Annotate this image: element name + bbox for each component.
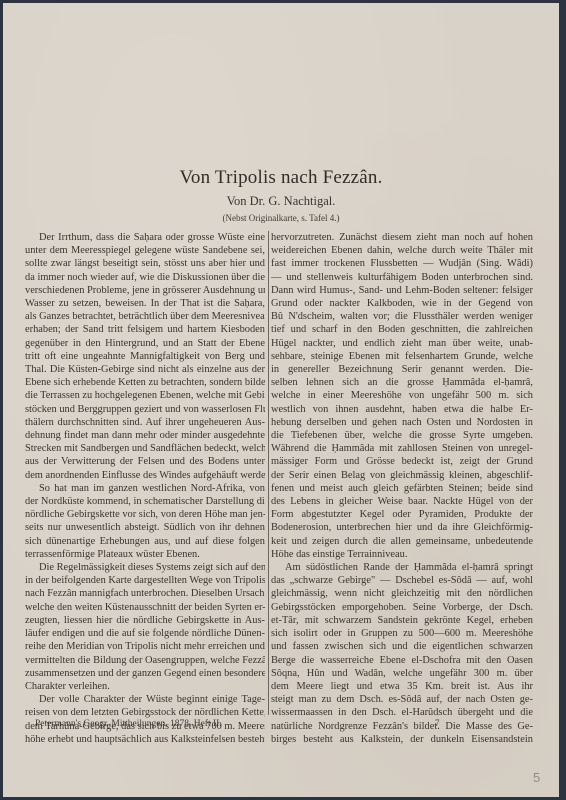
text-line: So hat man im ganzen westlichen Nord-Afr… [25, 482, 265, 495]
text-line: keit und zeigen durch die allen gemeinsa… [271, 535, 533, 548]
text-line: Form abgestutzter Kegel oder Pyramiden, … [271, 508, 533, 521]
text-line: seits nur unwesentlich absteigt. Südlich… [25, 521, 265, 534]
text-line: Gebirgsstöcken emporgehoben. Seine Vorbe… [271, 601, 533, 614]
text-line: Hügel nackter, und endlich zieht man übe… [271, 337, 533, 350]
text-line: Berge die wasserreiche Ebene el-Dschofra… [271, 654, 533, 667]
text-line: das „schwarze Gebirge" — Dschebel es-Sôd… [271, 574, 533, 587]
text-line: thälern durchschnitten sind. Auf ihrer u… [25, 416, 265, 429]
text-line: Während die Ḥammâda mit zahllosen Steine… [271, 442, 533, 455]
text-line: Grund oder nackter Kalkboden, wie in der… [271, 297, 533, 310]
text-line: reihe den Meridian von Tripolis nicht me… [25, 640, 265, 653]
text-line: welche den weiten Küstenausschnitt der b… [25, 601, 265, 614]
text-line: als Ganzes betrachtet, beträchtlich über… [25, 310, 265, 323]
column-divider [268, 231, 269, 715]
text-line: in genereller Bezeichnung Serir genannt … [271, 363, 533, 376]
text-line: erhaben; der Sand tritt felsigem und har… [25, 323, 265, 336]
text-line: höhe erhebt und hauptsächlich aus Kalkst… [25, 733, 265, 746]
text-line: Wasser zu setzen, beweisen. In der That … [25, 297, 265, 310]
text-line: Der Irrthum, dass die Saḥara oder grosse… [25, 231, 265, 244]
text-line: läufer endigen und die auf sie folgende … [25, 627, 265, 640]
text-line: nach Fezzân mannigfach unterbrochen. Die… [25, 587, 265, 600]
document-page: Von Tripolis nach Fezzân. Von Dr. G. Nac… [3, 3, 559, 797]
text-line: sich isolirt oder in Gruppen zu 500—600 … [271, 627, 533, 640]
text-line: birges besteht aus Kalkstein, der dunkel… [271, 733, 533, 746]
text-line: stöcken und Berggruppen geziert und von … [25, 403, 265, 416]
text-line: wissermaassen in den Dsch. el-Harûdsch ü… [271, 706, 533, 719]
text-line: tritt oft eine ungeahnte Mannigfaltigkei… [25, 350, 265, 363]
text-line: Dann wird Humus-, Sand- und Lehm-Boden s… [271, 284, 533, 297]
text-line: Der volle Charakter der Wüste beginnt ei… [25, 693, 265, 706]
journal-footer: Petermann's Geogr. Mittheilungen. 1878, … [35, 719, 222, 729]
text-line: und fassen zwischen sich und die eigentl… [271, 640, 533, 653]
text-line: Strecken mit Sandbergen und Sandflächen … [25, 442, 265, 455]
text-line: Bodenerosion, unterbrechen hier und da i… [271, 521, 533, 534]
text-line: vermittelten die Bildung der Oasengruppe… [25, 654, 265, 667]
text-line: sehbare, steinige Ebenen mit felsenharte… [271, 350, 533, 363]
article-title: Von Tripolis nach Fezzân. [3, 167, 559, 189]
text-line: zeugten, liessen hier die nördliche Gebi… [25, 614, 265, 627]
text-line: Charakter verleihen. [25, 680, 265, 693]
text-line: westlich von ihnen ausdehnt, haben etwa … [271, 403, 533, 416]
text-line: welche in einer Meereshöhe von ungefähr … [271, 389, 533, 402]
text-line: die Terrassen zu hochgelegenen Ebenen, w… [25, 389, 265, 402]
text-line: der Nordküste kommend, in schematischer … [25, 495, 265, 508]
text-line: nördliche Gebirgskette vor sich, von der… [25, 508, 265, 521]
text-line: sich dünenartige Erhebungen aus, und auf… [25, 535, 265, 548]
text-line: der Serir einen Belag von gleichmässig k… [271, 469, 533, 482]
text-line: dehnung findet man dann mehr oder minder… [25, 429, 265, 442]
text-line: mässiger Form und Grösse bedeckt ist, ze… [271, 455, 533, 468]
text-line: terrassenförmige Plateaux wüster Ebenen. [25, 548, 265, 561]
text-line: — und stellenweis kulturfähigem Boden un… [271, 271, 533, 284]
text-line: gegenüber in den Hintergrund, und an Sta… [25, 337, 265, 350]
text-line: fenen und meist auch gleich gefärbten St… [271, 482, 533, 495]
text-line: Ebene sich erhebende Ketten zu betrachte… [25, 376, 265, 389]
text-line: Am südöstlichen Rande der Ḥammâda el-ḥam… [271, 561, 533, 574]
text-line: da immer noch wieder auf, wie die Diskus… [25, 271, 265, 284]
text-line: hebung derselben und gehen nach Osten un… [271, 416, 533, 429]
text-line: die Tiefebenen über, welche die grosse S… [271, 429, 533, 442]
text-line: gleichmässig, wenn nicht gleichzeitig mi… [271, 587, 533, 600]
left-column: Der Irrthum, dass die Saḥara oder grosse… [25, 231, 265, 746]
text-line: weidereichen Ebenen dahin, welche durch … [271, 244, 533, 257]
text-line: selben lehnen sich an die grosse Ḥammâda… [271, 376, 533, 389]
text-line: Höhe das einstige Terrainniveau. [271, 548, 533, 561]
text-line: dem Meere liegt und etwa 35 Km. breit is… [271, 680, 533, 693]
text-line: tief und scharf in den Boden geschnitten… [271, 323, 533, 336]
page-number: 5 [533, 770, 540, 785]
text-line: dem anordnenden Einflusse des Windes auf… [25, 469, 265, 482]
signature-mark: 7 [435, 718, 440, 728]
text-line: verschiedenen Probleme, jene in grössere… [25, 284, 265, 297]
text-line: in der beifolgenden Karte dargestellten … [25, 574, 265, 587]
text-line: des Lebens in gleicher Weise baar. Nackt… [271, 495, 533, 508]
text-line: fast immer trockenen Flussbetten — Wudjâ… [271, 257, 533, 270]
text-line: zusammensetzen und der ganzen Gegend ein… [25, 667, 265, 680]
text-line: reisen von dem letzten Gebirgsstock der … [25, 706, 265, 719]
text-line: Bû N'dscheim, walten vor; die Flussthäle… [271, 310, 533, 323]
article-author: Von Dr. G. Nachtigal. [3, 194, 559, 209]
text-line: natürliche Nordgrenze Fezzân's bildet. D… [271, 720, 533, 733]
text-line: unter dem Meeresspiegel gelegene wüste S… [25, 244, 265, 257]
text-line: aus der Verwitterung der Felsen und des … [25, 455, 265, 468]
text-line: hervorzutreten. Zunächst diesem zieht ma… [271, 231, 533, 244]
article-note: (Nebst Originalkarte, s. Tafel 4.) [3, 213, 559, 223]
text-line: et-Târ, mit schwarzem Sandstein gekrönte… [271, 614, 533, 627]
text-line: Thal. Die Küsten-Gebirge sind nicht als … [25, 363, 265, 376]
text-line: Die Regelmässigkeit dieses Systems zeigt… [25, 561, 265, 574]
right-column: hervorzutreten. Zunächst diesem zieht ma… [271, 231, 533, 746]
text-line: sollte zwar längst beseitigt sein, stöss… [25, 257, 265, 270]
text-line: steigt man zu dem Dsch. es-Sôdâ auf, der… [271, 693, 533, 706]
text-line: Sôqna, Hûn und Wadân, welche ungefähr 30… [271, 667, 533, 680]
